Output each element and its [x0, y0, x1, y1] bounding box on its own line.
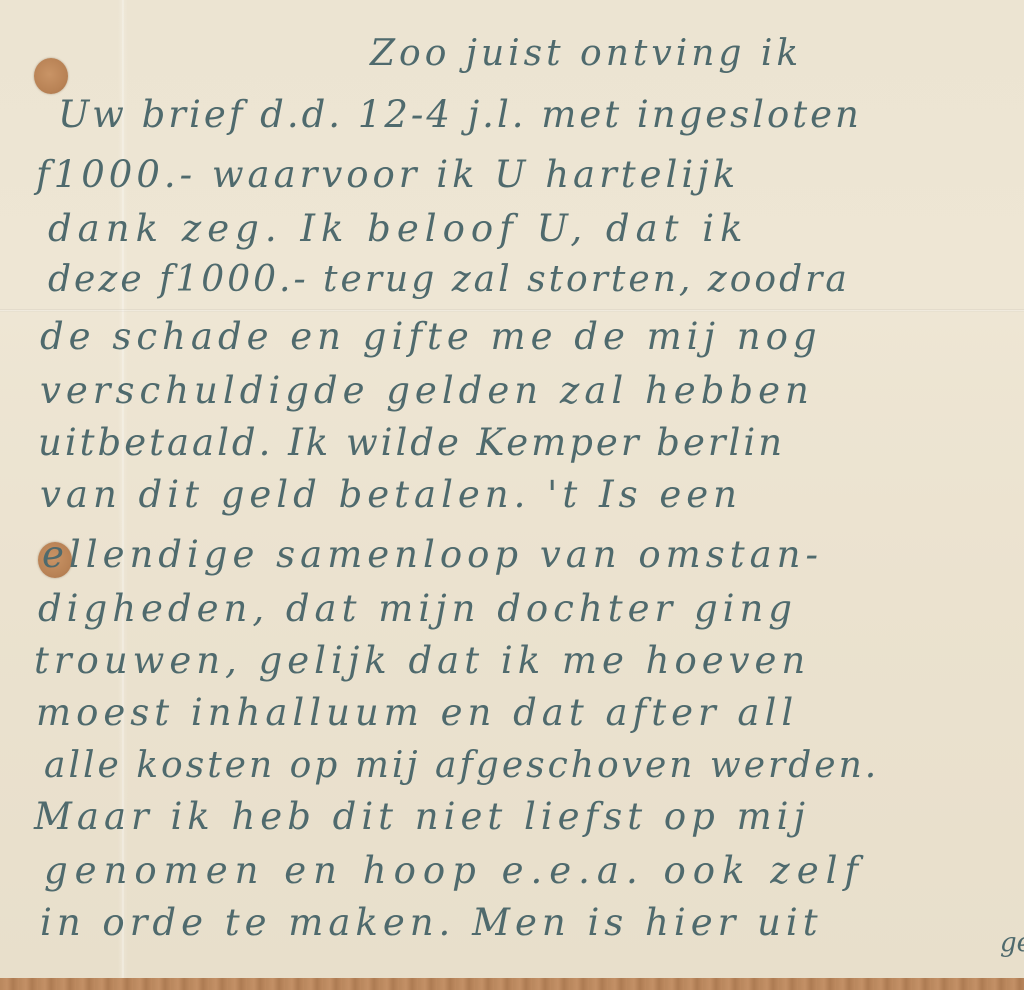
letter-line: de schade en gifte me de mij nog — [40, 318, 822, 355]
letter-page: Zoo juist ontving ik Uw brief d.d. 12-4 … — [0, 0, 1024, 978]
letter-line: uitbetaald. Ik wilde Kemper berlin — [38, 424, 785, 461]
letter-line: Uw brief d.d. 12-4 j.l. met ingesloten — [58, 96, 862, 133]
letter-line: trouwen, gelijk dat ik me hoeven — [34, 642, 810, 679]
letter-line: Zoo juist ontving ik — [370, 36, 802, 72]
wooden-surface-edge — [0, 978, 1024, 990]
letter-line: verschuldigde gelden zal hebben — [40, 372, 814, 409]
letter-line: alle kosten op mij afgeschoven werden. — [44, 748, 879, 784]
letter-line: genomen en hoop e.e.a. ook zelf — [44, 852, 865, 889]
letter-line: digheden, dat mijn dochter ging — [38, 590, 797, 627]
horizontal-fold-line — [0, 309, 1024, 312]
letter-line: in orde te maken. Men is hier uit — [40, 904, 823, 941]
letter-line: moest inhalluum en dat after all — [36, 694, 798, 731]
letter-line: f1000.- waarvoor ik U hartelijk — [36, 156, 739, 193]
punch-hole-top — [34, 58, 68, 94]
letter-line: dank zeg. Ik beloof U, dat ik — [48, 210, 749, 247]
letter-line: ellendige samenloop van omstan- — [42, 536, 823, 573]
letter-line: deze f1000.- terug zal storten, zoodra — [48, 262, 850, 298]
letter-line-catchword: ge — [1000, 930, 1024, 956]
letter-line: van dit geld betalen. 't Is een — [40, 476, 742, 513]
letter-line: Maar ik heb dit niet liefst op mij — [34, 798, 810, 835]
